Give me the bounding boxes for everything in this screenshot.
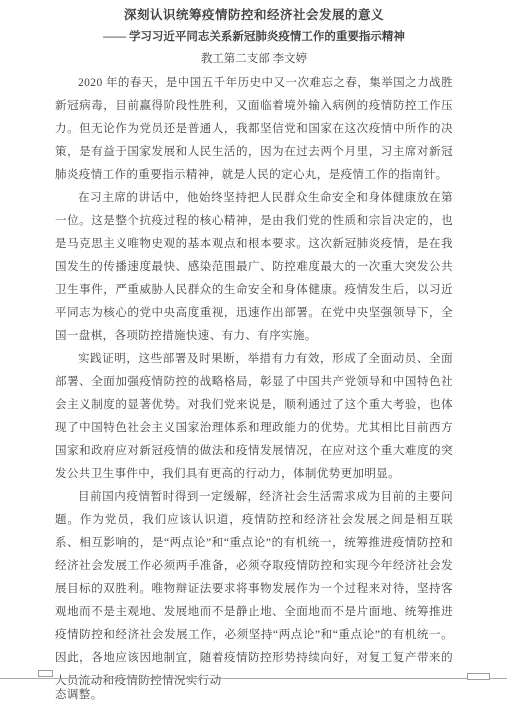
paragraph: 目前国内疫情暂时得到一定缓解，经济社会生活需求成为目前的主要问题。作为党员，我们… bbox=[55, 486, 453, 693]
page-margin-marker-left bbox=[38, 670, 53, 677]
document-content: 深刻认识统筹疫情防控和经济社会发展的意义 —— 学习习近平同志关系新冠肺炎疫情工… bbox=[55, 4, 453, 693]
document-page: 深刻认识统筹疫情防控和经济社会发展的意义 —— 学习习近平同志关系新冠肺炎疫情工… bbox=[0, 0, 507, 712]
paragraph: 实践证明，这些部署及时果断，举措有力有效，形成了全面动员、全面部署、全面加强疫情… bbox=[55, 348, 453, 486]
page-break-line bbox=[0, 678, 507, 679]
page-margin-marker-right bbox=[467, 673, 490, 680]
paragraph: 2020 年的春天，是中国五千年历史中又一次难忘之春，集举国之力战胜新冠病毒，目… bbox=[55, 72, 453, 187]
document-title: 深刻认识统筹疫情防控和经济社会发展的意义 bbox=[55, 4, 453, 26]
page2-continuation-text: 态调整。 bbox=[55, 684, 453, 707]
author-line: 教工第二支部 李文婷 bbox=[55, 48, 453, 70]
document-subtitle: —— 学习习近平同志关系新冠肺炎疫情工作的重要指示精神 bbox=[55, 26, 453, 48]
paragraph: 在习主席的讲话中，他始终坚持把人民群众生命安全和身体健康放在第一位。这是整个抗疫… bbox=[55, 187, 453, 348]
